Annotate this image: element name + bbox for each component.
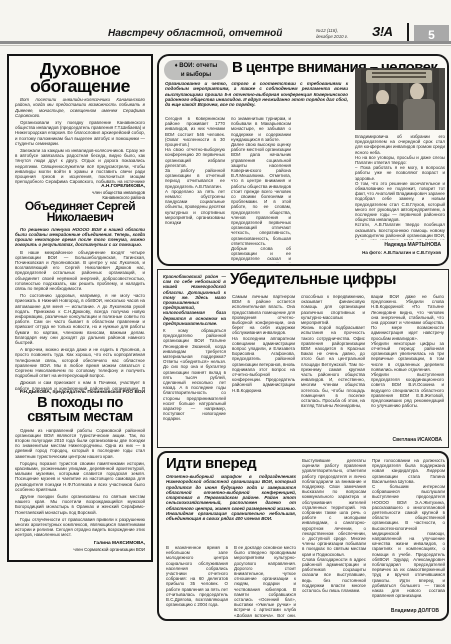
rubric-badge-line1: ♦ ВОИ: отчеты <box>164 62 228 71</box>
article-spiritual-title: Духовное обогащение <box>15 61 145 94</box>
article-spiritual-lead: Вот посетили инвалиды-колясочники Канави… <box>15 97 145 118</box>
article-unites-body: По решению пленума НОООО ВОИ в нашей обл… <box>15 227 145 390</box>
person-right-head <box>410 83 424 100</box>
feature-column-photo: Владимировича об избрании его председате… <box>355 134 445 240</box>
rubric-badge: ♦ ВОИ: отчеты и выборы <box>164 60 228 80</box>
article-unites: Объединяет Сергей Николаевич По решению … <box>15 200 145 396</box>
paragraph: В наше межрайонное объединение входят че… <box>15 250 145 292</box>
rubric-badge-line2: и выборы <box>164 71 228 80</box>
left-articles-box: Духовное обогащение Вот посетили инвалид… <box>7 54 153 562</box>
article-spiritual-body: Вот посетили инвалиды-колясочники Канави… <box>15 97 145 184</box>
person-left-torso <box>367 104 398 130</box>
signature-role: член Сормовской организации ВОИ <box>15 547 145 552</box>
figures-title: Убедительные цифры <box>230 271 396 289</box>
paragraph: Городец поразил туристов своими памятник… <box>15 461 145 492</box>
feature-article-box: ♦ ВОИ: отчеты и выборы В центре внимания… <box>157 54 449 266</box>
march-article-box: Идти вперед Отчетно-выборный марафон в п… <box>157 451 449 621</box>
march-signature: Владимир ДОЛГОВ <box>391 608 439 614</box>
article-pilgrimage: В походы по святым местам Одним из напра… <box>15 396 145 552</box>
feature-column-1: Сегодня в Ковернинском районе проживает … <box>165 116 225 263</box>
photo-caption: На фото: А.В.Палатин и С.В.Глухов <box>362 250 441 256</box>
paragraph: Другие поездки были организованы по свят… <box>15 494 145 515</box>
feature-column-2: по знаменитым турнирам, и побывали в Мак… <box>231 116 291 263</box>
newspaper-page: Навстречу областной, отчетной №12 (118),… <box>0 0 451 644</box>
march-column-1: В назначенное время в небольшом зале мол… <box>166 545 228 617</box>
photo-caption-names: А.В.Палатин и С.В.Глухов <box>383 250 441 255</box>
figures-column-3: способных к передвижению, оказывает фина… <box>301 294 365 442</box>
paragraph: Одним из направлений работы Сормовской р… <box>15 428 145 459</box>
person-right-torso <box>403 99 435 130</box>
paragraph: Дрюков и сам приезжает к нам в Починки, … <box>15 380 145 390</box>
header-rule <box>0 41 451 44</box>
issue-date: декабря 2010 г. <box>316 34 348 40</box>
march-column-4: При голосовании на должность председател… <box>372 458 445 606</box>
photo-banner <box>366 70 433 83</box>
conference-photo <box>355 68 445 130</box>
issue-info: №12 (118), декабря 2010 г. <box>316 28 348 39</box>
paragraph: Заезжали за каждым из инвалидов-колясочн… <box>15 148 145 184</box>
march-column-3: Выступившие делегаты оценили работу прав… <box>302 458 366 616</box>
header-rule-thin <box>0 45 451 46</box>
photo-caption-label: На фото: <box>362 250 382 255</box>
figures-column-4: вации ВОИ даже не было предложено. Убеди… <box>371 294 444 432</box>
paragraph: А впрочем, можно иногда даже и не ездить… <box>15 347 145 378</box>
figures-lead: Краснобаковский район — сам по себе небо… <box>163 274 226 326</box>
paragraph: Организовали эту поездку правление Канав… <box>15 120 145 146</box>
article-unites-lead: По решению пленума НОООО ВОИ в нашей обл… <box>15 227 145 248</box>
march-title: Идти вперед <box>166 455 256 472</box>
figures-column-1: Краснобаковский район — сам по себе небо… <box>163 274 226 442</box>
article-spiritual: Духовное обогащение Вот посетили инвалид… <box>15 60 145 200</box>
banner-text-line <box>372 76 427 78</box>
paragraph: По состоянию здоровья, например, я не мо… <box>15 293 145 345</box>
banner-text-line <box>372 72 427 74</box>
figures-column-1-rest: К кому обращаться председателю районной … <box>163 328 226 422</box>
newspaper-logo: З!А <box>372 24 393 39</box>
paragraph: Годы отлучённости от православия привели… <box>15 517 145 538</box>
march-column-2: В ее докладе основное место было отведен… <box>234 545 296 617</box>
figures-column-2: Самым личным партнером ВОИ в районе оста… <box>232 294 295 442</box>
feature-signature: Надежда МАРТЫНОВА <box>384 242 441 248</box>
march-lead: Отчетно-выборный марафон в подразделения… <box>166 474 296 522</box>
article-pilgrimage-title: В походы по святым местам <box>15 397 145 425</box>
feature-lead: Организованно и четко, строго в соответс… <box>165 81 348 108</box>
article-pilgrimage-body: Одним из направлений работы Сормовской р… <box>15 428 145 542</box>
section-title: Навстречу областной, отчетной <box>108 28 282 39</box>
article-pilgrimage-signature: Галина МАКСИМОВА, член Сормовской органи… <box>15 541 145 552</box>
figures-signature: Светлана ИСАКОВА <box>393 437 442 443</box>
article-unites-title: Объединяет Сергей Николаевич <box>15 201 145 224</box>
article-spiritual-signature: А.Н.ГОРЕЛИКОВА, член общества инвалидов … <box>15 184 145 200</box>
figures-article-box: Краснобаковский район — сам по себе небо… <box>157 269 449 448</box>
